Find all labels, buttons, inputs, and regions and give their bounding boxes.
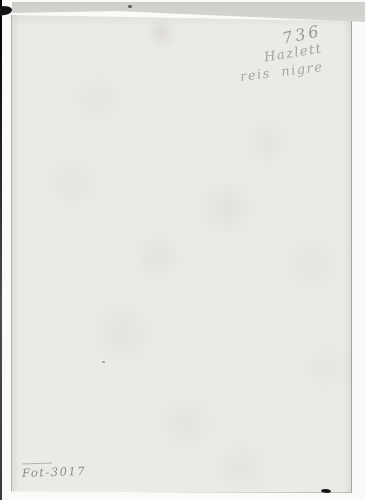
catalog-number-label: Fot-3017 (22, 464, 87, 480)
scan-left-edge-line (0, 0, 2, 500)
photo-verso-paper: 736 Hazlett reis nigre Fot-3017 (11, 13, 352, 493)
ink-mark-top-left (0, 5, 12, 15)
handwritten-note: reis nigre (239, 60, 324, 85)
pencil-speck (102, 361, 105, 363)
scanned-photo-verso: 736 Hazlett reis nigre Fot-3017 (0, 0, 365, 500)
ink-dot-bottom-edge (321, 489, 331, 494)
dust-speck (128, 5, 132, 8)
